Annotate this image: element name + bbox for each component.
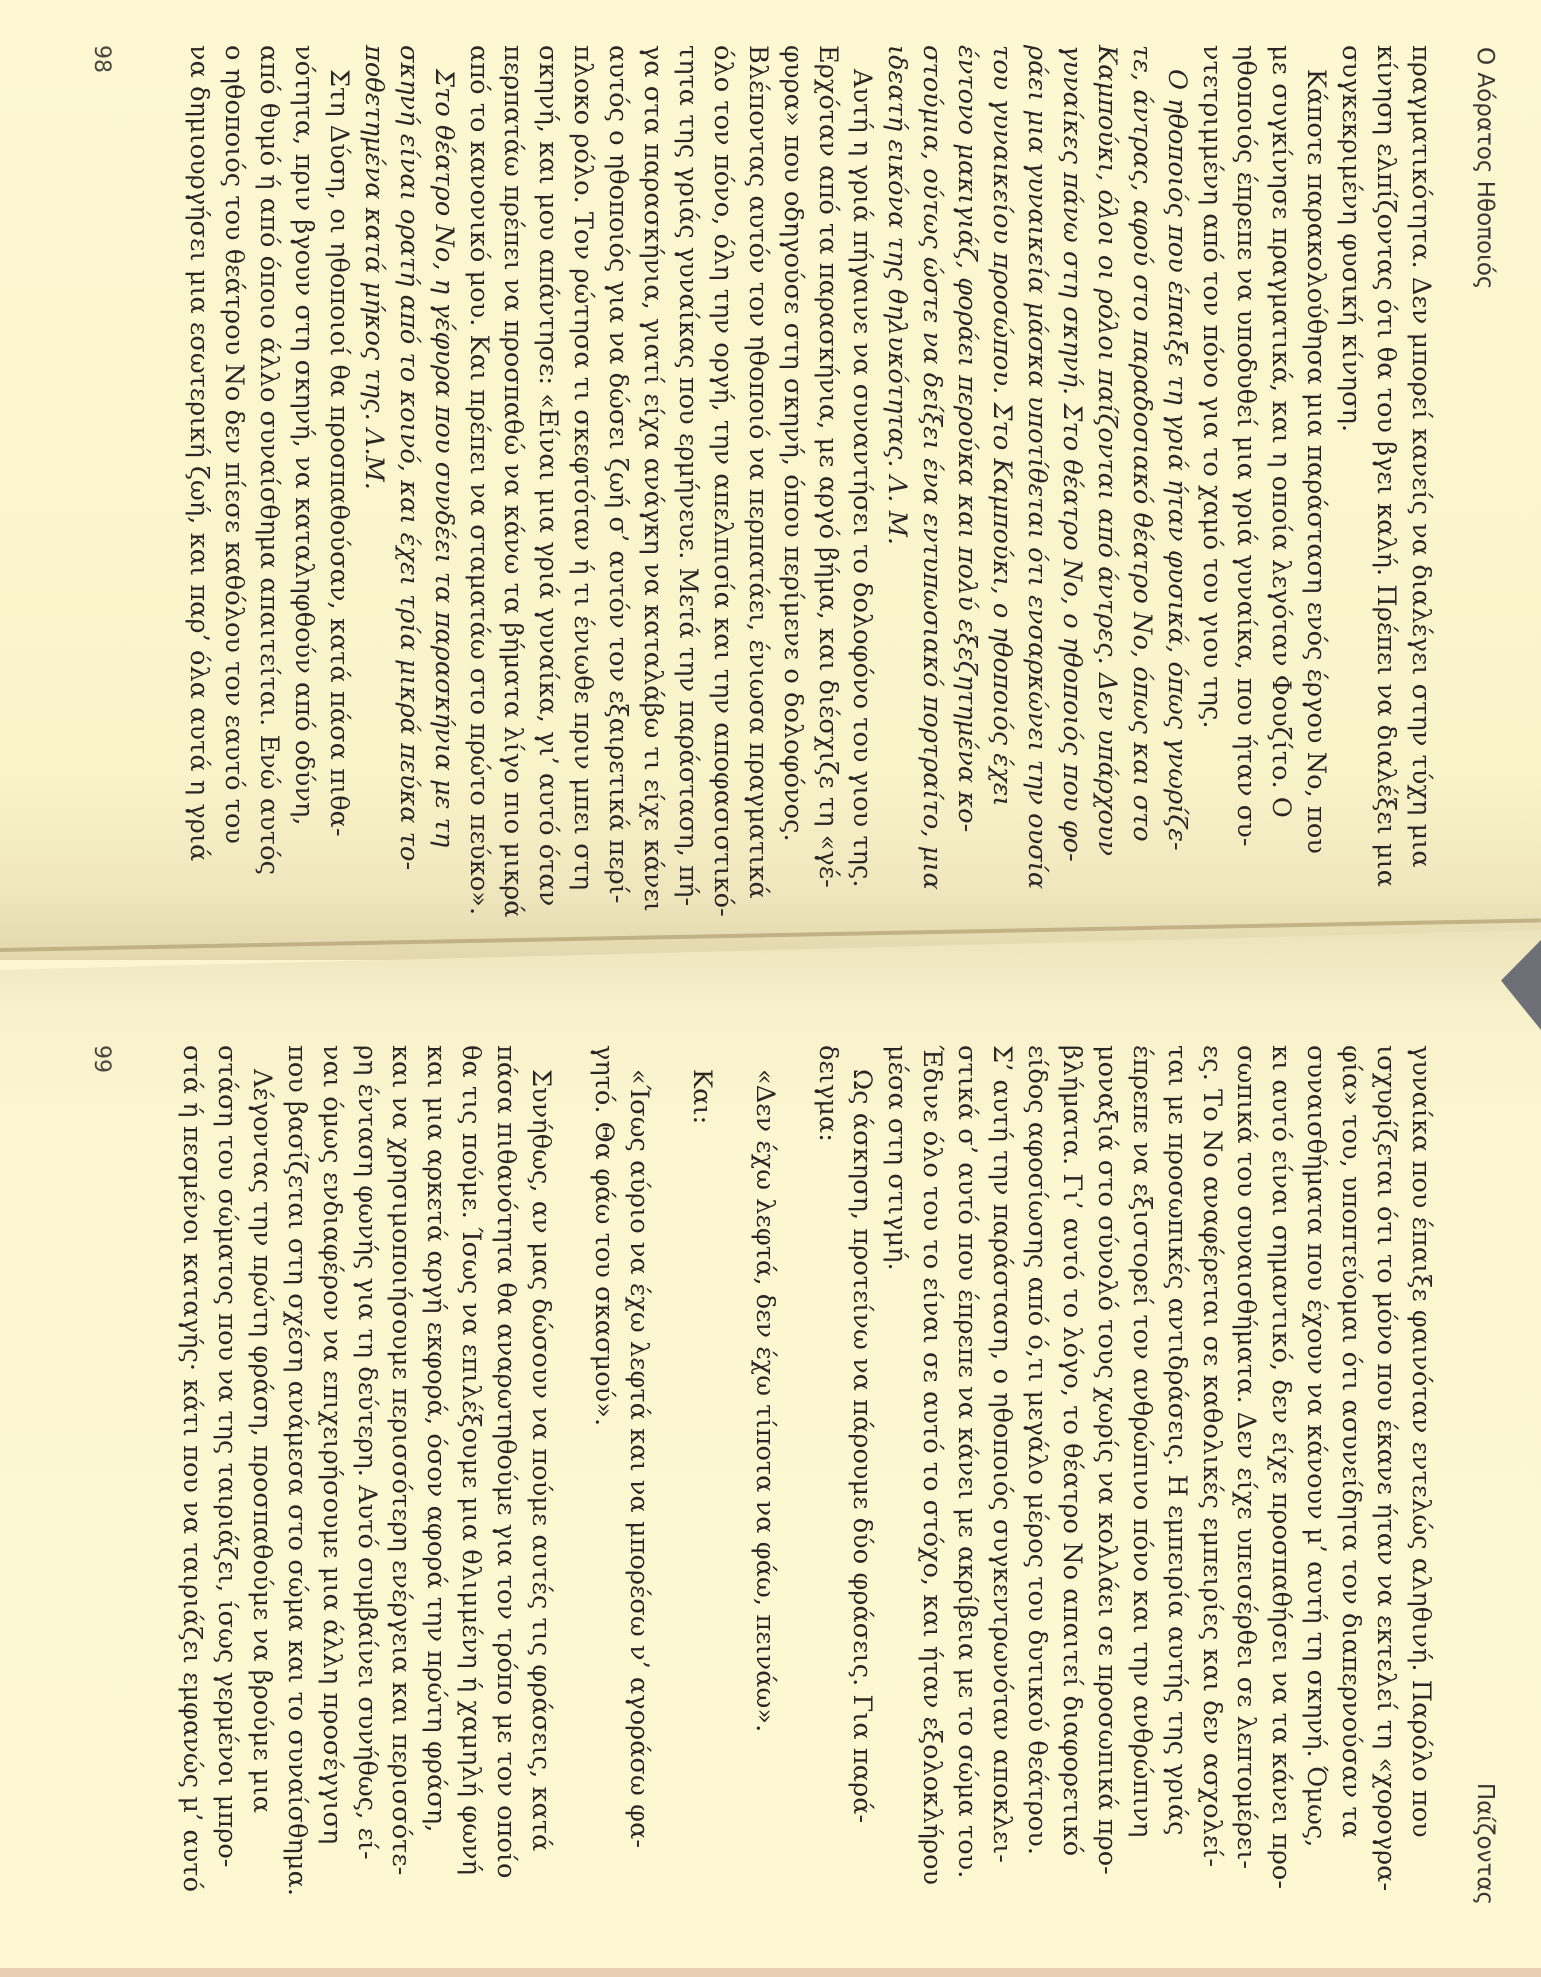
text-line: φία» του, υποπτεύομαι ότι ασυνείδητα τον… [1333, 1045, 1368, 1805]
text-line: Ο ηθοποιός που έπαιξε τη γριά ήταν φυσικ… [1159, 45, 1194, 805]
text-line: όλο τον πόνο, όλη την οργή, την απελπισί… [705, 45, 740, 805]
text-line: Στη Δύση, οι ηθοποιοί θα προσπαθούσαν, κ… [321, 45, 356, 805]
paragraph-gap [719, 1045, 747, 1805]
text-line: ται με προσωπικές αντιδράσεις. Η εμπειρί… [1159, 1045, 1194, 1805]
text-line: δειγμα: [810, 1045, 845, 1805]
text-line: κίνηση ελπίζοντας ότι θα του βγει καλή. … [1368, 45, 1403, 805]
text-line: ναι όμως ενδιαφέρον να επιχειρήσουμε μια… [314, 1045, 349, 1805]
running-head-right: Παίζοντας [1438, 1045, 1500, 1945]
text-line: θα τις πούμε. Ίσως να επιλέξουμε μια θλι… [453, 1045, 488, 1805]
text-line: «Δεν έχω λεφτά, δεν έχω τίποτα να φάω, π… [747, 1045, 782, 1805]
text-line: πλοκο ρόλο. Τον ρώτησα τι σκεφτόταν ή τι… [565, 45, 600, 805]
text-line: ιδεατή εικόνα της θηλυκότητας. Λ. Μ. [880, 45, 915, 805]
text-line: σκηνή, και μου απάντησε: «Είναι μια γριά… [530, 45, 565, 805]
text-line: πραγματικότητα. Δεν μπορεί κανείς να δια… [1403, 45, 1438, 805]
text-line: Βλέποντας αυτόν τον ηθοποιό να περπατάει… [740, 45, 775, 805]
text-line: αυτός ο ηθοποιός για να δώσει ζωή σ’ αυτ… [600, 45, 635, 805]
text-line: Λέγοντας την πρώτη φράση, προσπαθούμε να… [244, 1045, 279, 1805]
text-line: βλήματα. Γι’ αυτό το λόγο, το θέατρο Νο … [1054, 1045, 1089, 1805]
text-line: Σ’ αυτή την παράσταση, ο ηθοποιός συγκεν… [984, 1045, 1019, 1805]
text-line: Ως άσκηση, προτείνω να πάρουμε δύο φράσε… [845, 1045, 880, 1805]
left-page-body: πραγματικότητα. Δεν μπορεί κανείς να δια… [181, 45, 1438, 805]
text-line: συγκεκριμένη φυσική κίνηση. [1333, 45, 1368, 805]
text-line: Αυτή η γριά πήγαινε να συναντήσει το δολ… [845, 45, 880, 805]
text-line: τε, άντρας, αφού στο παραδοσιακό θέατρο … [1124, 45, 1159, 805]
text-line: ισχυρίζεται ότι το μόνο που έκανε ήταν ν… [1368, 1045, 1403, 1805]
text-line: ρη ένταση φωνής για τη δεύτερη. Αυτό συμ… [349, 1045, 384, 1805]
text-line: σκηνή είναι ορατή από το κοινό, και έχει… [391, 45, 426, 805]
text-line: από το κανονικό μου. Και πρέπει να σταμα… [461, 45, 496, 805]
left-page: Ο Αόρατος Ηθοποιός πραγματικότητα. Δεν μ… [60, 45, 1500, 905]
paragraph-gap [656, 1045, 684, 1805]
right-page-body: γυναίκα που έπαιξε φαινόταν εντελώς αληθ… [174, 1045, 1438, 1805]
text-line: του γυναικείου προσώπου. Στο Καμπούκι, ο… [984, 45, 1019, 805]
text-line: ες. Το Νο αναφέρεται σε καθολικές εμπειρ… [1194, 1045, 1229, 1805]
text-line: Και: [684, 1045, 719, 1805]
text-line: Ερχόταν από τα παρασκήνια, με αργό βήμα,… [810, 45, 845, 805]
text-line: ντετριμμένη από τον πόνο για το χαμό του… [1194, 45, 1229, 805]
paragraph-gap [782, 1045, 810, 1805]
text-line: πάσα πιθανότητα θα αναρωτηθούμε για τον … [488, 1045, 523, 1805]
text-line: με συγκίνησε πραγματικά, και η οποία λεγ… [1263, 45, 1298, 805]
text-line: και να χρησιμοποιήσουμε περισσότερη ενέρ… [384, 1045, 419, 1805]
text-line: σωπικά του συναισθήματα. Δεν είχε υπεισέ… [1229, 1045, 1264, 1805]
text-line: γητό. Θα φάω του σκασμού». [586, 1045, 621, 1805]
text-line: Κάποτε παρακολούθησα μια παράσταση ενός … [1298, 45, 1333, 805]
text-line: έντονο μακιγιάζ, φοράει περούκα και πολύ… [949, 45, 984, 805]
text-line: στούμια, ούτως ώστε να δείξει ένα εντυπω… [914, 45, 949, 805]
paragraph-gap [558, 1045, 586, 1805]
text-line: να δημιουργήσει μια εσωτερική ζωή, και π… [181, 45, 216, 805]
text-line: «Ίσως αύριο να έχω λεφτά και να μπορέσω … [621, 1045, 656, 1805]
text-line: νότητα, πριν βγουν στη σκηνή, να καταληφ… [286, 45, 321, 805]
text-line: φυρα» που οδηγούσε στη σκηνή, όπου περίμ… [775, 45, 810, 805]
text-line: κι αυτό είναι σημαντικό, δεν είχε προσπα… [1263, 1045, 1298, 1805]
text-line: ηθοποιός έπρεπε να υποδυθεί μια γριά γυν… [1229, 45, 1264, 805]
text-line: έπρεπε να εξιστορεί τον ανθρώπινο πόνο κ… [1124, 1045, 1159, 1805]
running-head-left: Ο Αόρατος Ηθοποιός [1438, 45, 1500, 905]
text-line: Στο θέατρο Νο, η γέφυρα που συνδέει τα π… [426, 45, 461, 805]
page-number-left: 98 [89, 45, 114, 73]
page-edge [0, 1968, 1541, 1977]
text-line: μοναξιά στο σύνολό τους χωρίς να κολλάει… [1089, 1045, 1124, 1805]
text-line: Συνήθως, αν μας δώσουν να πούμε αυτές τι… [523, 1045, 558, 1805]
text-line: γυναίκες πάνω στη σκηνή. Στο θέατρο Νο, … [1054, 45, 1089, 805]
text-line: ο ηθοποιός του θεάτρου Νο δεν πίεσε καθό… [216, 45, 251, 805]
text-line: τητα της γριάς γυναίκας που ερμήνευε. Με… [670, 45, 705, 805]
text-line: περπατάω πρέπει να προσπαθώ να κάνω τα β… [496, 45, 531, 805]
text-line: στικά σ’ αυτό που έπρεπε να κάνει με ακρ… [949, 1045, 984, 1805]
text-line: από θυμό ή από όποιο άλλο συναίσθημα απα… [251, 45, 286, 805]
text-line: Έδινε όλο του το είναι σε αυτό το στόχο,… [914, 1045, 949, 1805]
text-line: που βασίζεται στη σχέση ανάμεσα στο σώμα… [279, 1045, 314, 1805]
text-line: συναισθήματα που έχουν να κάνουν μ’ αυτή… [1298, 1045, 1333, 1805]
text-line: γα στα παρασκήνια, γιατί είχα ανάγκη να … [635, 45, 670, 805]
text-line: ράει μια γυναικεία μάσκα υποτίθεται ότι … [1019, 45, 1054, 805]
text-line: μέσα στη στιγμή. [880, 1045, 915, 1805]
right-page: Παίζοντας γυναίκα που έπαιξε φαινόταν εν… [60, 1045, 1500, 1945]
text-line: γυναίκα που έπαιξε φαινόταν εντελώς αληθ… [1403, 1045, 1438, 1805]
text-line: Καμπούκι, όλοι οι ρόλοι παίζονται από άν… [1089, 45, 1124, 805]
text-line: στάση του σώματος που να της ταιριάζει, … [209, 1045, 244, 1805]
text-line: και μια αρκετά αργή εκφορά, όσον αφορά τ… [418, 1045, 453, 1805]
text-line: ποθετημένα κατά μήκος της. Λ.Μ. [356, 45, 391, 805]
text-line: είδος αφοσίωσης από ό,τι μεγάλο μέρος το… [1019, 1045, 1054, 1805]
text-line: στά ή πεσμένοι καταγής· κάτι που να ταιρ… [174, 1045, 209, 1805]
page-number-right: 99 [89, 1045, 114, 1073]
